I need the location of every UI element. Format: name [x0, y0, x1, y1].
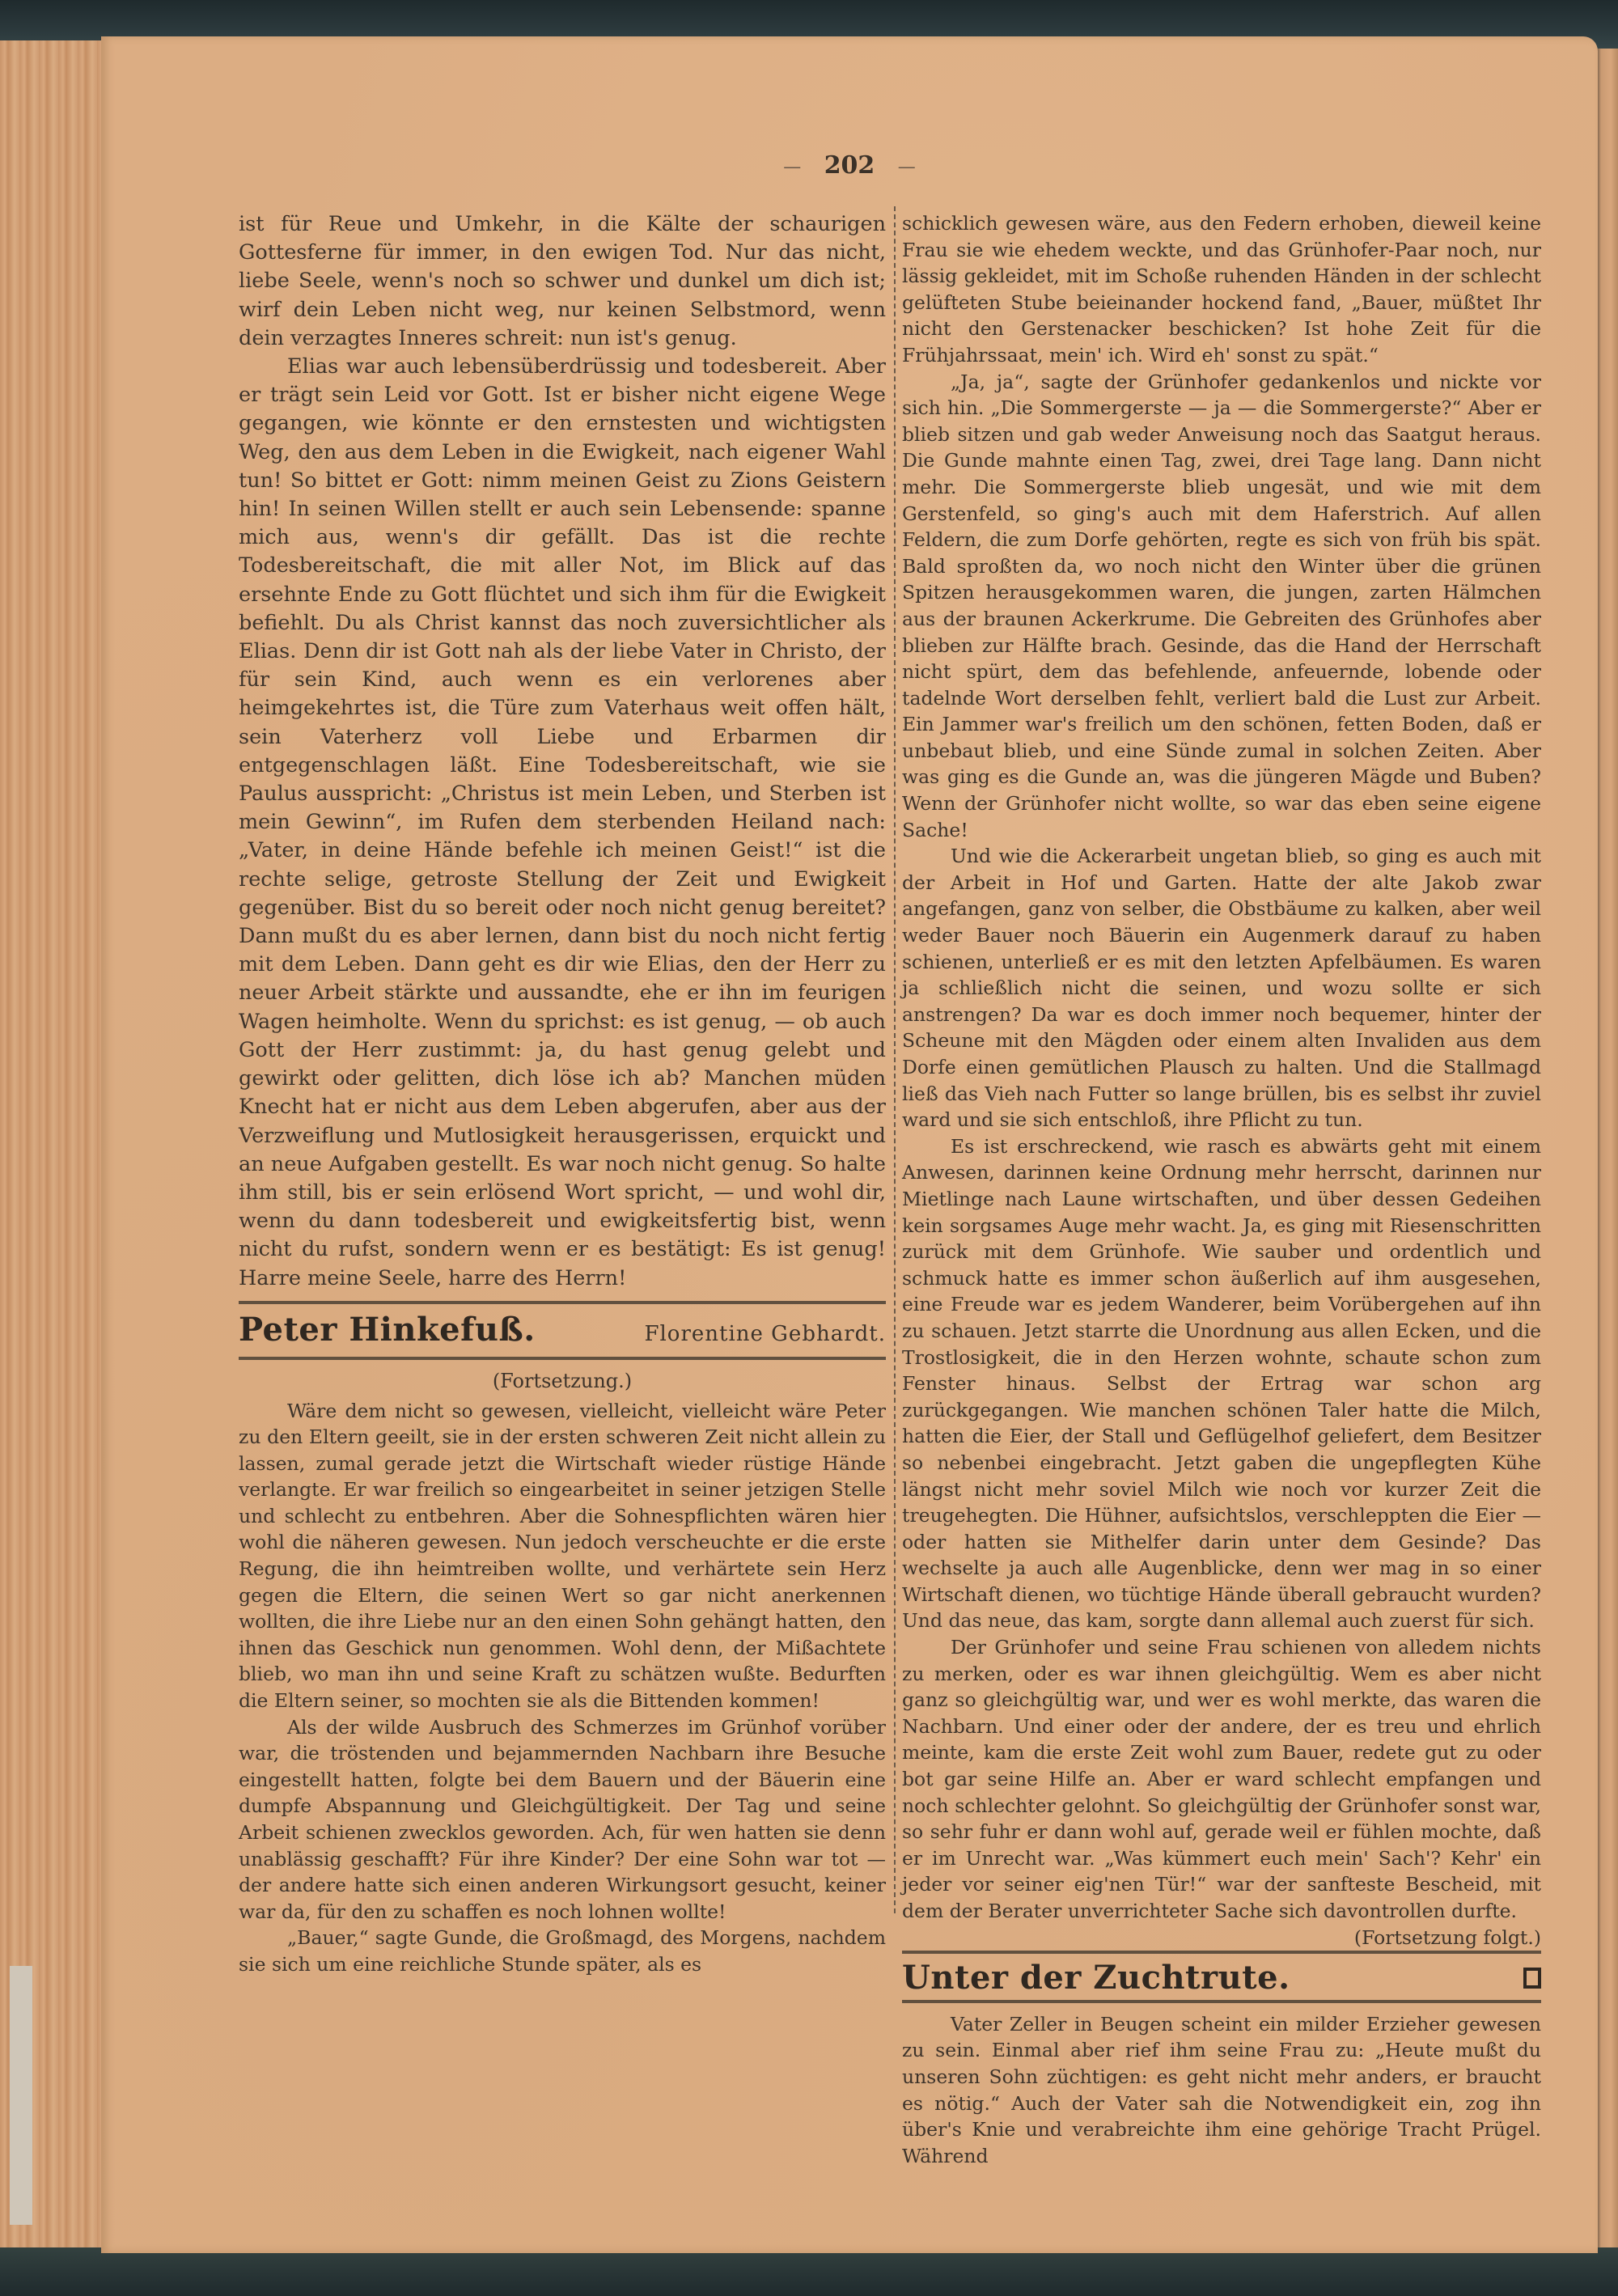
story-paragraph: Als der wilde Ausbruch des Schmerzes im … [239, 1714, 886, 1925]
bookmark-strip [10, 1966, 32, 2225]
to-be-continued-note: (Fortsetzung folgt.) [1306, 1925, 1541, 1951]
anecdote-header: Unter der Zuchtrute. [902, 1962, 1541, 1992]
book-cover-bottom [0, 2247, 1618, 2296]
story-paragraph: „Ja, ja“, sagte der Grünhofer gedankenlo… [902, 369, 1541, 844]
story-paragraph: „Bauer,“ sagte Gunde, die Großmagd, des … [239, 1925, 886, 1977]
story-paragraph: Der Grünhofer und seine Frau schienen vo… [902, 1634, 1541, 1925]
page-number: 202 [824, 151, 875, 180]
rule-bottom [239, 1357, 886, 1360]
header-dash-left: — [783, 157, 801, 177]
story-header: Peter Hinkefuß. Florentine Gebhardt. [239, 1312, 886, 1349]
story-paragraph-text: Der Grünhofer und seine Frau schienen vo… [902, 1636, 1541, 1922]
page-header: — 202 — [101, 151, 1598, 180]
header-dash-right: — [898, 157, 916, 177]
story-author: Florentine Gebhardt. [644, 1320, 886, 1349]
anecdote-paragraph: Vater Zeller in Beugen scheint ein milde… [902, 2011, 1541, 2170]
page-stack-edge [0, 40, 102, 2257]
devotional-paragraph: ist für Reue und Umkehr, in die Kälte de… [239, 210, 886, 353]
right-column: schicklich gewesen wäre, aus den Federn … [902, 210, 1541, 2169]
story-title: Peter Hinkefuß. [239, 1315, 536, 1344]
devotional-paragraph: Elias war auch lebensüberdrüssig und tod… [239, 353, 886, 1293]
column-divider [894, 206, 896, 1913]
story-paragraph: Es ist erschreckend, wie rasch es abwärt… [902, 1133, 1541, 1634]
left-column: ist für Reue und Umkehr, in die Kälte de… [239, 210, 886, 1978]
continuation-label: (Fortsetzung.) [239, 1368, 886, 1395]
story-paragraph: Wäre dem nicht so gewesen, vielleicht, v… [239, 1398, 886, 1714]
rule-bottom [902, 2000, 1541, 2003]
rule-top [239, 1301, 886, 1304]
book-page: — 202 — ist für Reue und Umkehr, in die … [101, 36, 1598, 2253]
square-icon [1523, 1968, 1541, 1989]
anecdote-title: Unter der Zuchtrute. [902, 1965, 1290, 1992]
rule-top [902, 1951, 1541, 1954]
story-paragraph: schicklich gewesen wäre, aus den Federn … [902, 210, 1541, 369]
story-paragraph: Und wie die Ackerarbeit ungetan blieb, s… [902, 843, 1541, 1133]
story-body: (Fortsetzung.) Wäre dem nicht so gewesen… [239, 1368, 886, 1978]
